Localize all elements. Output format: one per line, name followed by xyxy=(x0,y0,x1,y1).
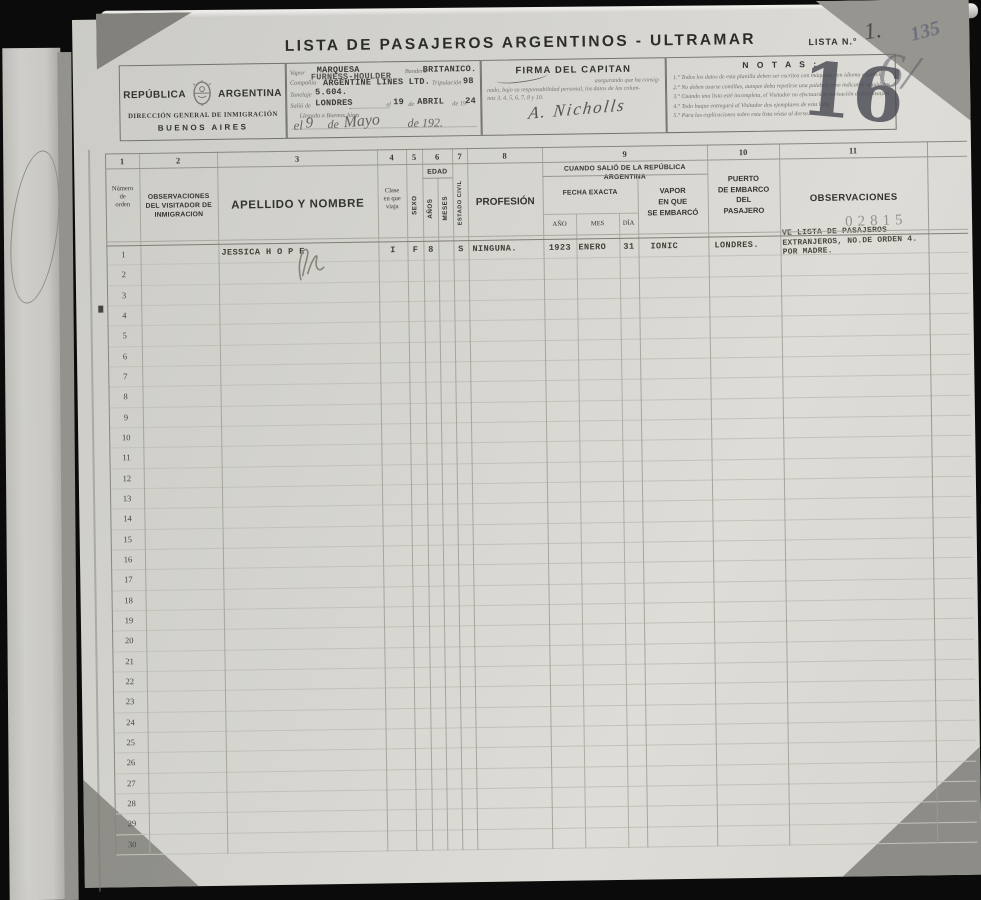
salio-port: LONDRES xyxy=(315,98,353,109)
captain-text-3: nas 3, 4, 5, 6, 7, 8 y 10. xyxy=(487,95,543,102)
row-number: 16 xyxy=(111,550,145,570)
header-cuando-salio: CUANDO SALIÓ DE LA REPÚBLICA ARGENTINA xyxy=(542,163,707,183)
row-number: 17 xyxy=(111,570,145,590)
lista-number-label: LISTA N.° xyxy=(808,36,857,47)
column-number: 7 xyxy=(452,150,467,163)
page-fold-line xyxy=(88,150,101,892)
row-number: 26 xyxy=(114,753,148,773)
header-ano: AÑO xyxy=(543,221,576,229)
pencil-oval-mark xyxy=(3,148,66,306)
salio-day: 19 xyxy=(393,97,404,107)
dotted-rule xyxy=(349,106,389,109)
llegada-day: 9 xyxy=(305,115,313,132)
tonelaje-label: Tonelaje xyxy=(290,91,312,98)
captain-text-2: nado, bajo su responsabilidad personal, … xyxy=(487,86,640,94)
row-number: 20 xyxy=(112,631,146,651)
row-number: 2 xyxy=(107,265,141,285)
row-number: 14 xyxy=(110,509,144,529)
llegada-el: el xyxy=(293,118,303,134)
row-number: 3 xyxy=(107,286,141,306)
row-number: 27 xyxy=(114,773,148,793)
row-number: 11 xyxy=(109,448,143,468)
header-numero: Número de orden xyxy=(105,185,139,210)
row-number: 24 xyxy=(113,713,147,733)
header-vapor-embarco: VAPOR EN QUE SE EMBARCÓ xyxy=(638,185,708,219)
captain-signature-box: FIRMA DEL CAPITAN asegurando que ha cons… xyxy=(481,57,667,136)
tripulacion-value: 98 xyxy=(463,76,474,86)
header-apellido-nombre: APELLIDO Y NOMBRE xyxy=(218,197,378,211)
salio-month: ABRIL xyxy=(417,96,444,106)
llegada-month: Mayo xyxy=(343,111,381,132)
column-number: 4 xyxy=(377,151,406,164)
cell-age_years: 8 xyxy=(423,245,438,255)
row-number: 29 xyxy=(115,814,149,834)
header-anos: AÑOS xyxy=(422,181,438,237)
row-number: 13 xyxy=(110,489,144,509)
header-estado-civil: ESTADO CIVIL xyxy=(452,170,468,236)
handwritten-annotation: 6/ xyxy=(875,43,921,98)
row-number: 10 xyxy=(109,428,143,448)
header-sexo: SEXO xyxy=(406,173,423,237)
llegada-year: de 192. xyxy=(407,116,443,132)
cell-profession: NINGUNA. xyxy=(472,243,517,254)
binding-ink-mark xyxy=(98,306,103,313)
tripulacion-label: Tripulación xyxy=(432,79,461,86)
bandera-value: BRITANICO. xyxy=(423,64,477,75)
row-number: 9 xyxy=(109,408,143,428)
row-number: 30 xyxy=(115,834,149,854)
passenger-list-page: LISTA DE PASAJEROS ARGENTINOS - ULTRAMAR… xyxy=(72,7,981,888)
header-edad: EDAD xyxy=(422,167,452,176)
grid-hline xyxy=(422,177,452,178)
cell-name: JESSICA H O P E xyxy=(221,247,304,258)
cell-ship: IONIC xyxy=(650,241,678,251)
row-number: 15 xyxy=(111,530,145,550)
row-number: 18 xyxy=(111,591,145,611)
cell-day: 31 xyxy=(619,242,638,252)
cell-sex: F xyxy=(407,245,423,255)
grid-hline xyxy=(543,213,638,215)
de19-label: de 19 xyxy=(452,100,466,107)
tonelaje-value: 5.604. xyxy=(315,87,347,97)
page-title: LISTA DE PASAJEROS ARGENTINOS - ULTRAMAR xyxy=(170,29,870,57)
header-profesion: PROFESIÓN xyxy=(468,196,543,208)
header-fecha-exacta: FECHA EXACTA xyxy=(543,188,638,198)
captain-text-1: asegurando que ha consig- xyxy=(595,77,660,84)
authority-direction: DIRECCIÓN GENERAL DE INMIGRACIÓN xyxy=(120,111,285,120)
cell-civil: S xyxy=(453,244,468,254)
document-scan: LISTA DE PASAJEROS ARGENTINOS - ULTRAMAR… xyxy=(0,0,981,900)
header-dia: DÍA xyxy=(619,220,638,228)
row-number: 6 xyxy=(108,347,142,367)
authority-city: BUENOS AIRES xyxy=(121,122,286,133)
column-number: 10 xyxy=(707,146,779,160)
row-number: 22 xyxy=(113,672,147,692)
visitor-pencil-mark xyxy=(294,243,327,283)
cell-port: LONDRES. xyxy=(714,240,759,251)
header-mes: MES xyxy=(576,220,619,229)
row-number: 25 xyxy=(114,733,148,753)
cell-month: ENERO xyxy=(578,242,606,252)
dotted-rule xyxy=(292,125,477,130)
row-number: 12 xyxy=(110,469,144,489)
argentina-label: ARGENTINA xyxy=(218,87,282,99)
el-label: el xyxy=(386,101,391,108)
salio-year: 24 xyxy=(465,96,476,106)
header-observaciones: OBSERVACIONES xyxy=(780,191,928,204)
vapor-label: Vapor xyxy=(290,70,305,77)
salio-label: Salió de xyxy=(290,102,311,109)
header-observaciones-visitador: OBSERVACIONES DEL VISITADOR DE INMIGRACI… xyxy=(140,192,218,220)
row-number: 5 xyxy=(108,326,142,346)
row-number: 28 xyxy=(114,794,148,814)
argentina-coat-of-arms-icon xyxy=(190,79,214,109)
header-meses: MESES xyxy=(437,180,453,236)
cell-class: I xyxy=(378,245,407,255)
column-number: 5 xyxy=(406,151,422,164)
table-body: 1JESSICA H O P EIF8SNINGUNA.1923ENERO31I… xyxy=(106,233,977,856)
row-number: 8 xyxy=(108,387,142,407)
column-number: 8 xyxy=(467,149,542,163)
cell-year: 1923 xyxy=(543,243,576,253)
header-puerto-embarco: PUERTO DE EMBARCO DEL PASAJERO xyxy=(707,174,780,217)
issuing-authority-box: REPÚBLICA ARGENTINA DIRECCIÓN GENERAL DE… xyxy=(119,63,287,141)
de-label: de xyxy=(408,101,414,108)
column-number: 6 xyxy=(422,150,452,163)
row-number: 21 xyxy=(112,652,146,672)
row-number: 19 xyxy=(112,611,146,631)
row-number: 7 xyxy=(108,367,142,387)
row-number: 1 xyxy=(106,245,140,265)
row-number: 4 xyxy=(107,306,141,326)
ship-details-box: Vapor MARQUESA Bandera BRITANICO. Compañ… xyxy=(286,60,482,139)
authority-name: REPÚBLICA ARGENTINA xyxy=(120,78,285,110)
republica-label: REPÚBLICA xyxy=(123,89,186,101)
column-number: 2 xyxy=(139,154,217,168)
row-number: 23 xyxy=(113,692,147,712)
header-clase: Clase en que viaja xyxy=(378,187,407,211)
column-number: 1 xyxy=(105,155,139,169)
llegada-de: de xyxy=(327,117,339,132)
